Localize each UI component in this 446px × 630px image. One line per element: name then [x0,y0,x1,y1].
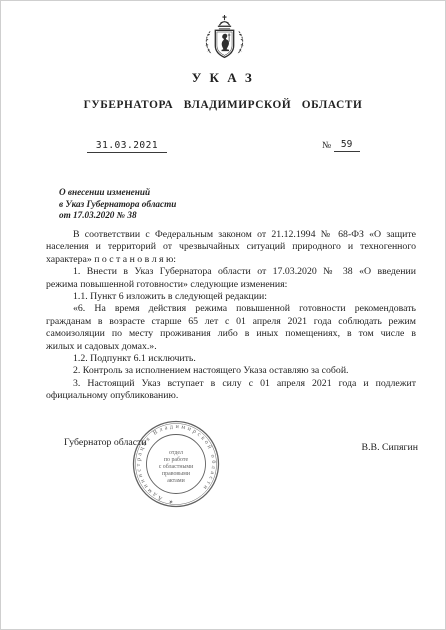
body-line: 1.1. Пункт 6 изложить в следующей редакц… [46,291,416,303]
decree-document: У К А З ГУБЕРНАТОРА ВЛАДИМИРСКОЙ ОБЛАСТИ… [1,1,445,629]
coat-of-arms-icon [201,14,248,65]
body-line: официальному опубликованию. [46,390,416,402]
decree-number: 59 [334,139,360,152]
decree-date: 31.03.2021 [87,140,167,153]
subject-line: от 17.03.2020 № 38 [59,210,259,222]
body-line: населения и территорий от чрезвычайных с… [46,241,416,253]
body-line: 3. Настоящий Указ вступает в силу с 01 а… [46,378,416,390]
body-line: 1. Внести в Указ Губернатора области от … [46,266,416,278]
svg-text:правовыми: правовыми [162,471,191,477]
body-line: «6. На время действия режима повышенной … [46,303,416,315]
decree-authority-title: ГУБЕРНАТОРА ВЛАДИМИРСКОЙ ОБЛАСТИ [1,99,445,111]
svg-text:отдел: отдел [169,450,183,456]
date-number-row: 31.03.2021 № 59 [1,140,445,156]
subject-line: О внесении изменений [59,187,259,199]
body-line: режима повышенной готовности» следующие … [46,279,416,291]
decree-number-group: № 59 [322,140,360,153]
decree-body: В соответствии с Федеральным законом от … [46,229,416,402]
body-line: 2. Контроль за исполнением настоящего Ук… [46,365,416,377]
body-line: В соответствии с Федеральным законом от … [46,229,416,241]
decree-subject: О внесении изменений в Указ Губернатора … [59,187,259,222]
svg-text:с областными: с областными [159,463,194,470]
body-line: гражданам в возрасте старше 65 лет с 01 … [46,316,416,328]
scanned-decree-page: { "colors": { "ink": "#2b2b2b", "paper":… [0,0,446,630]
body-line: характера» п о с т а н о в л я ю: [46,254,416,266]
body-line: самоизоляции по месту проживания либо в … [46,328,416,340]
decree-type-title: У К А З [1,70,445,86]
stamp-center-text: отдел по работе с областными правовыми а… [159,450,194,484]
svg-text:актами: актами [167,478,185,484]
official-stamp: ✶ Администрация Владимирской области отд… [132,420,220,508]
signature-name: В.В. Сипягин [362,442,418,453]
svg-text:по работе: по работе [164,456,189,463]
body-line: 1.2. Подпункт 6.1 исключить. [46,353,416,365]
number-sign: № [322,141,331,151]
subject-line: в Указ Губернатора области [59,199,259,211]
body-line: жилых и садовых домах.». [46,341,416,353]
